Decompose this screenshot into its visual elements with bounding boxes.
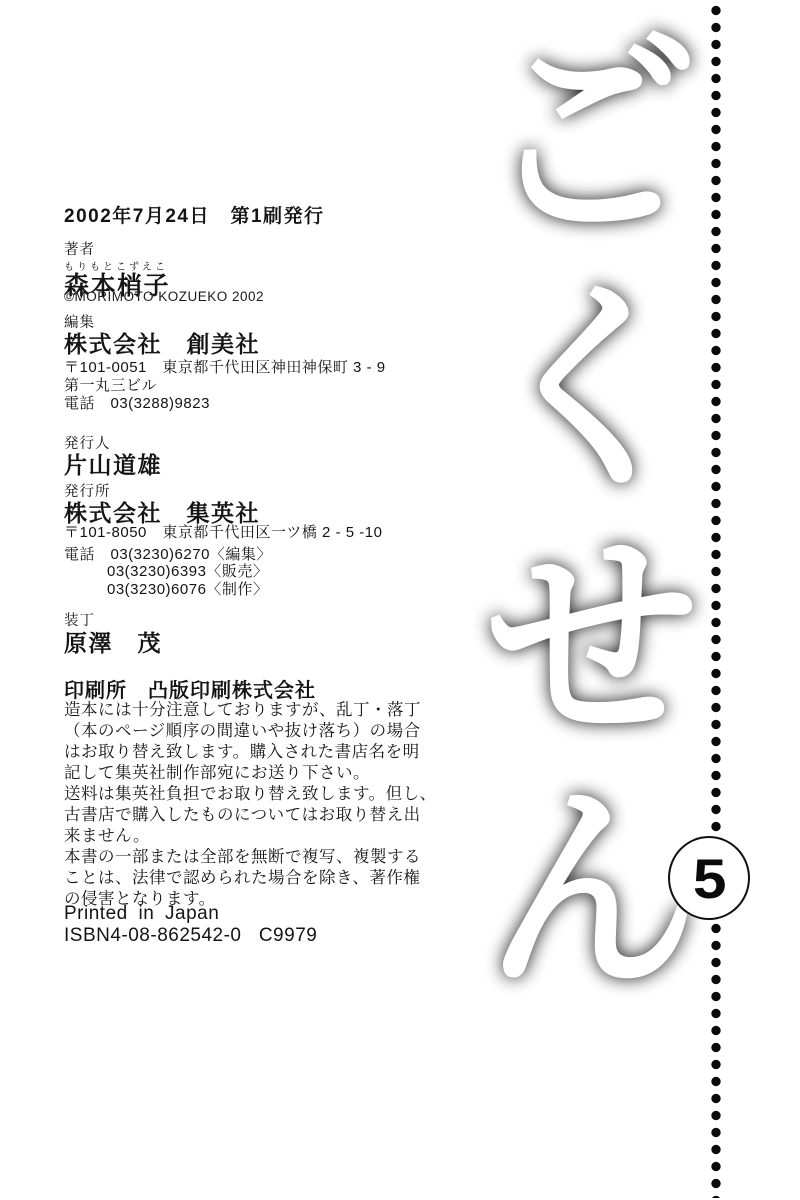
legal-notice: 造本には十分注意しておりますが、乱丁・落丁 （本のページ順序の間違いや抜け落ち）…	[64, 700, 424, 910]
author-label: 著者	[64, 238, 95, 259]
printer-line: 印刷所 凸版印刷株式会社	[64, 674, 316, 703]
legal-notice-line: 本書の一部または全部を無断で複写、複製する	[64, 847, 424, 868]
editing-company: 株式会社 創美社	[64, 326, 260, 359]
legal-notice-line: 送料は集英社負担でお取り替え致します。但し、	[64, 784, 424, 805]
legal-notice-line: 古書店で購入したものについてはお取り替え出	[64, 805, 424, 826]
legal-notice-line: 来ません。	[64, 826, 424, 847]
editing-building: 第一丸三ビル	[64, 377, 157, 395]
editing-phone: 電話 03(3288)9823	[64, 395, 210, 413]
copyright-line: ©MORIMOTO KOZUEKO 2002	[64, 289, 264, 304]
editing-address: 〒101-0051 東京都千代田区神田神保町 3 - 9	[64, 359, 386, 377]
legal-notice-line: ことは、法律で認められた場合を除き、著作権	[64, 868, 424, 889]
legal-notice-line: 造本には十分注意しておりますが、乱丁・落丁	[64, 700, 424, 721]
legal-notice-line: はお取り替え致します。購入された書店名を明	[64, 742, 424, 763]
designer-name: 原澤 茂	[64, 625, 162, 658]
publisher-phone-editing: 電話 03(3230)6270〈編集〉	[64, 546, 272, 564]
publisher-phone-sales: 03(3230)6393〈販売〉	[107, 563, 268, 581]
colophon-page: ごくせん ごくせん 5 2002年7月24日 第1刷発行 著者 もりもとこずえこ…	[0, 0, 800, 1200]
legal-notice-line: （本のページ順序の間違いや抜け落ち）の場合	[64, 721, 424, 742]
publisher-phone-production: 03(3230)6076〈制作〉	[107, 581, 268, 599]
edition-line: 2002年7月24日 第1刷発行	[64, 201, 325, 228]
publisher-person-name: 片山道雄	[64, 447, 162, 480]
publisher-address: 〒101-8050 東京都千代田区一ツ橋 2 - 5 -10	[64, 524, 382, 542]
printed-in-line: Printed in Japan	[64, 903, 219, 925]
legal-notice-line: 記して集英社制作部宛にお送り下さい。	[64, 763, 424, 784]
isbn-line: ISBN4-08-862542-0 C9979	[64, 925, 317, 947]
colophon-text: 2002年7月24日 第1刷発行 著者 もりもとこずえこ 森本梢子 ©MORIM…	[0, 0, 800, 1200]
